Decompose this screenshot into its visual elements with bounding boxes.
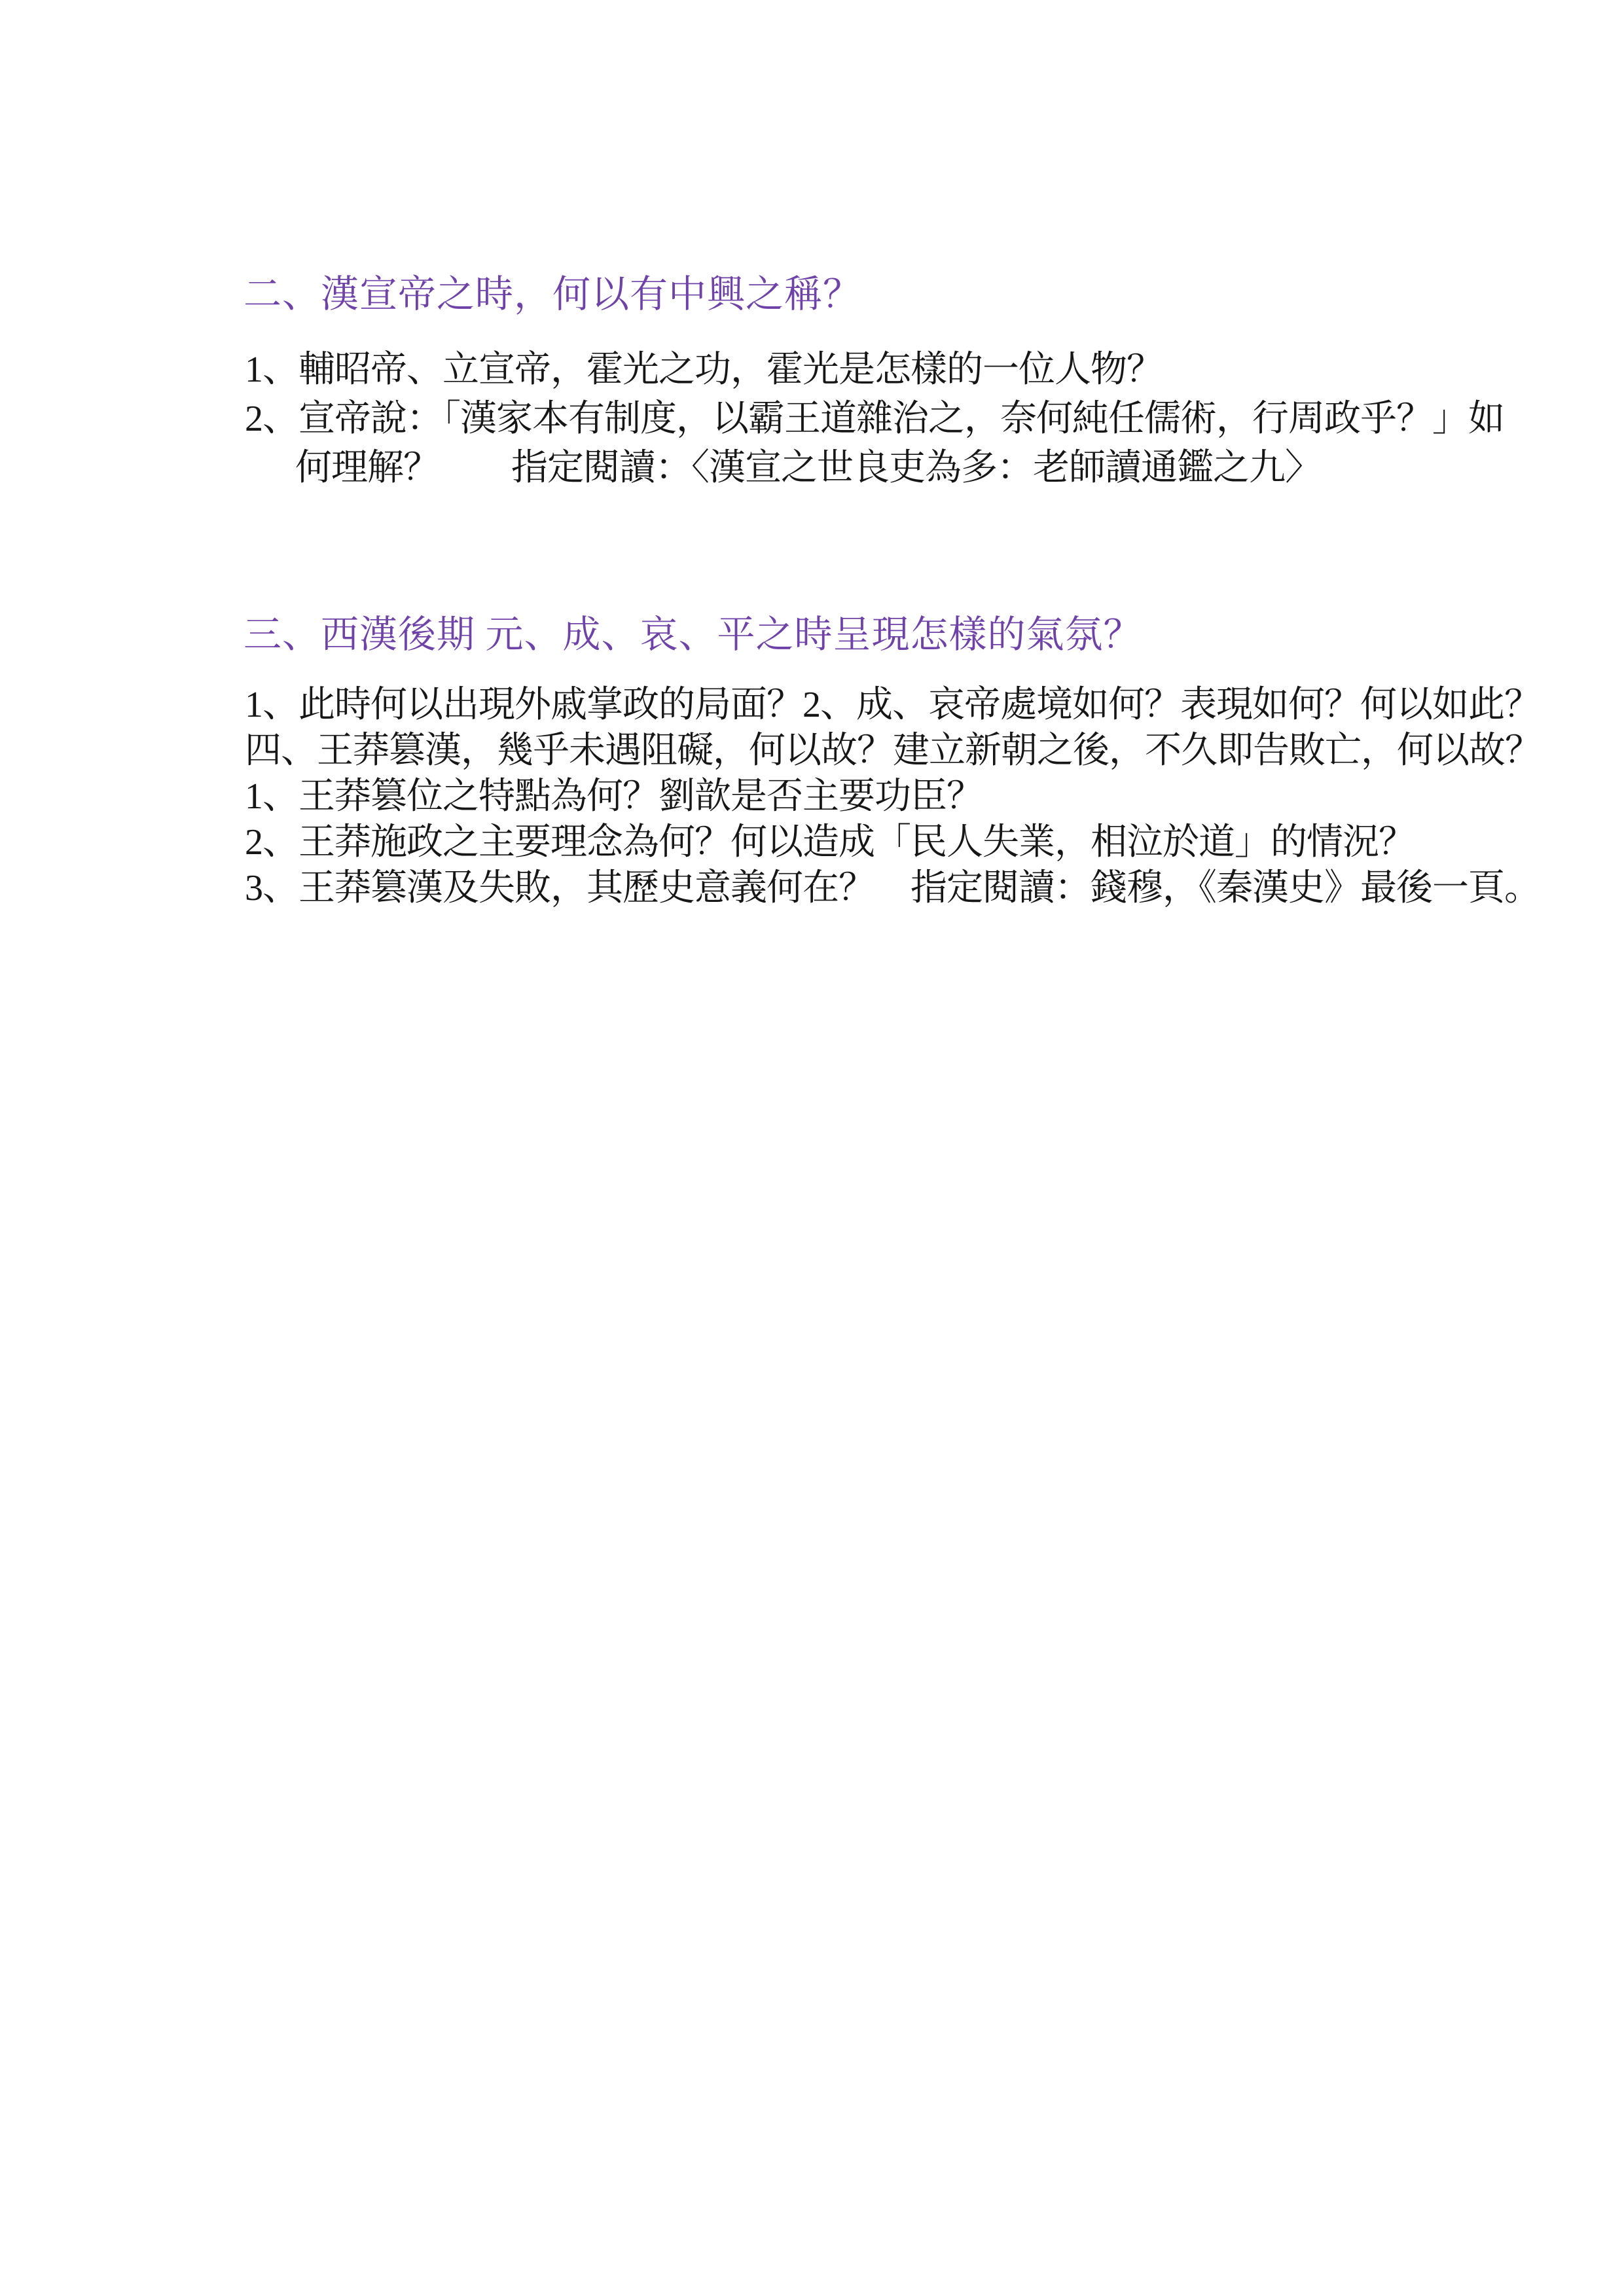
section-1-line-2: 2、宣帝說：「漢家本有制度，以霸王道雜治之，奈何純任儒術，行周政乎？」如 [245, 395, 1504, 444]
section-2-heading: 三、西漢後期 元、成、哀、平之時呈現怎樣的氣氛？ [244, 614, 1142, 656]
section-1-body: 1、輔昭帝、立宣帝，霍光之功，霍光是怎樣的一位人物？ 2、宣帝說：「漢家本有制度… [245, 346, 1504, 493]
section-2-line-2: 四、王莽篡漢，幾乎未遇阻礙，何以故？建立新朝之後，不久即告敗亡，何以故？ [245, 728, 1541, 774]
section-2-body: 1、此時何以出現外戚掌政的局面？2、成、哀帝處境如何？表現如何？何以如此？ 四、… [245, 682, 1541, 911]
section-1-line-1: 1、輔昭帝、立宣帝，霍光之功，霍光是怎樣的一位人物？ [245, 346, 1504, 395]
section-2-line-5: 3、王莽篡漢及失敗，其歷史意義何在？ 指定閱讀：錢穆，《秦漢史》最後一頁。 [245, 865, 1541, 911]
section-2-line-1: 1、此時何以出現外戚掌政的局面？2、成、哀帝處境如何？表現如何？何以如此？ [245, 682, 1541, 728]
section-1-heading: 二、漢宣帝之時，何以有中興之稱？ [244, 274, 861, 315]
section-1-line-3: 何理解？ 指定閱讀：〈漢宣之世良吏為多：老師讀通鑑之九〉 [245, 444, 1504, 493]
section-2-line-3: 1、王莽篡位之特點為何？劉歆是否主要功臣？ [245, 774, 1541, 819]
section-2-line-4: 2、王莽施政之主要理念為何？何以造成「民人失業，相泣於道」的情況？ [245, 819, 1541, 865]
document-page: 二、漢宣帝之時，何以有中興之稱？ 1、輔昭帝、立宣帝，霍光之功，霍光是怎樣的一位… [0, 0, 1624, 2296]
